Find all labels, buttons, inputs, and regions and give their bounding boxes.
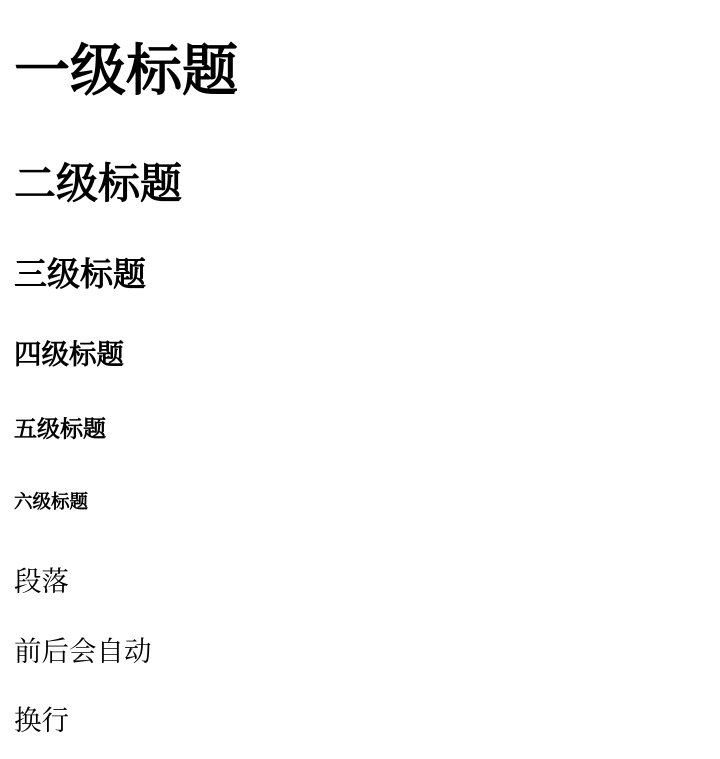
heading-level-1: 一级标题 <box>14 44 238 100</box>
paragraph-2: 前后会自动 <box>14 638 152 666</box>
heading-level-6: 六级标题 <box>14 494 88 513</box>
heading-level-2: 二级标题 <box>14 163 182 205</box>
paragraph-3: 换行 <box>14 707 69 735</box>
paragraph-1: 段落 <box>14 568 69 596</box>
heading-level-3: 三级标题 <box>14 258 146 291</box>
heading-level-4: 四级标题 <box>14 341 124 369</box>
heading-level-5: 五级标题 <box>14 419 106 442</box>
